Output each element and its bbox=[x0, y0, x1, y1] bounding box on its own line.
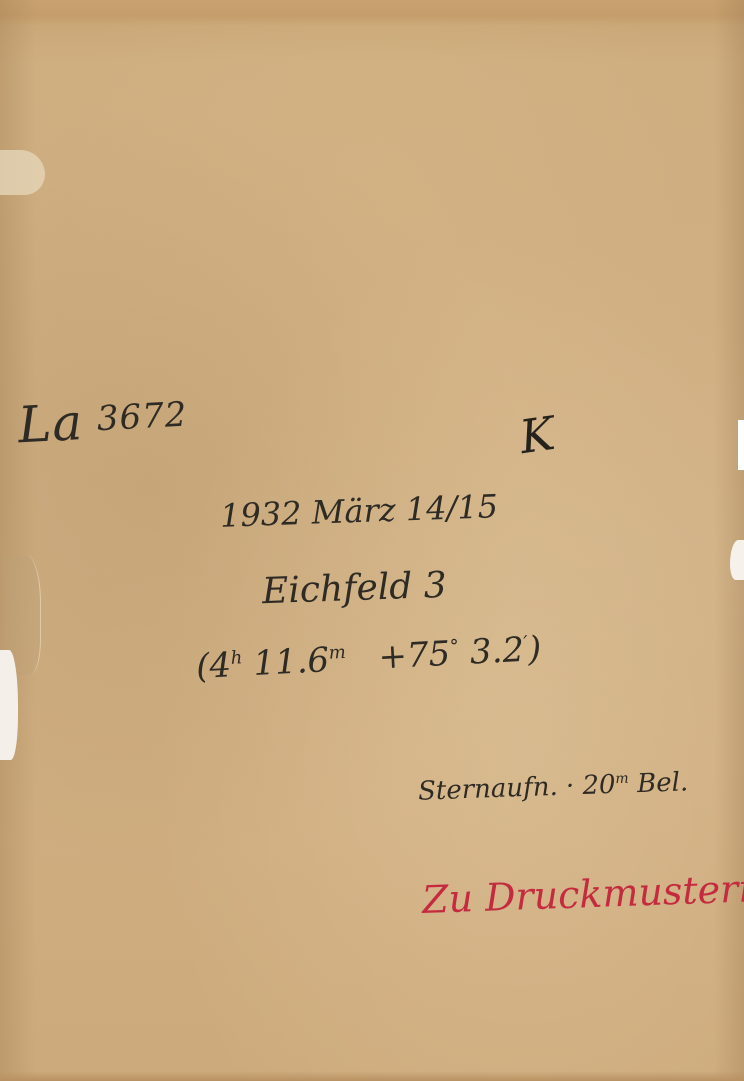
torn-edge-right-lower bbox=[730, 540, 744, 580]
dec-minutes: 3.2 bbox=[469, 630, 525, 673]
observer-name: Eichfeld 3 bbox=[261, 565, 447, 612]
envelope-paper: La3672 K 1932 März 14/15 Eichfeld 3 (4h … bbox=[0, 0, 744, 1081]
catalog-prefix: La bbox=[17, 393, 85, 454]
exposure-suffix: Bel. bbox=[637, 767, 689, 799]
exposure-note: Sternaufn. · 20m Bel. bbox=[418, 767, 689, 806]
exposure-label: Sternaufn. · 20 bbox=[418, 770, 617, 807]
bottom-fold-edge bbox=[0, 1071, 744, 1081]
ra-hours-unit: h bbox=[230, 647, 243, 669]
ra-hours: 4 bbox=[208, 645, 232, 686]
torn-edge-lower-left bbox=[0, 650, 18, 760]
red-ink-note: Zu Druckmustern bbox=[421, 866, 744, 922]
catalog-number: 3672 bbox=[96, 395, 189, 440]
dec-degrees-unit: ° bbox=[449, 636, 459, 657]
top-fold-edge bbox=[0, 0, 744, 26]
dec-degrees: +75 bbox=[377, 634, 451, 678]
observation-date: 1932 März 14/15 bbox=[219, 487, 498, 535]
mark-letter: K bbox=[516, 406, 558, 464]
ra-minutes-unit: m bbox=[328, 642, 346, 664]
ra-minutes: 11.6 bbox=[252, 640, 330, 684]
coordinates: (4h 11.6m +75° 3.2′) bbox=[195, 629, 542, 687]
torn-edge-right-upper bbox=[738, 420, 744, 470]
torn-edge-upper-left bbox=[0, 150, 45, 195]
paren-close: ) bbox=[527, 629, 542, 670]
catalog-id: La3672 bbox=[17, 388, 189, 455]
exposure-unit: m bbox=[615, 771, 629, 787]
